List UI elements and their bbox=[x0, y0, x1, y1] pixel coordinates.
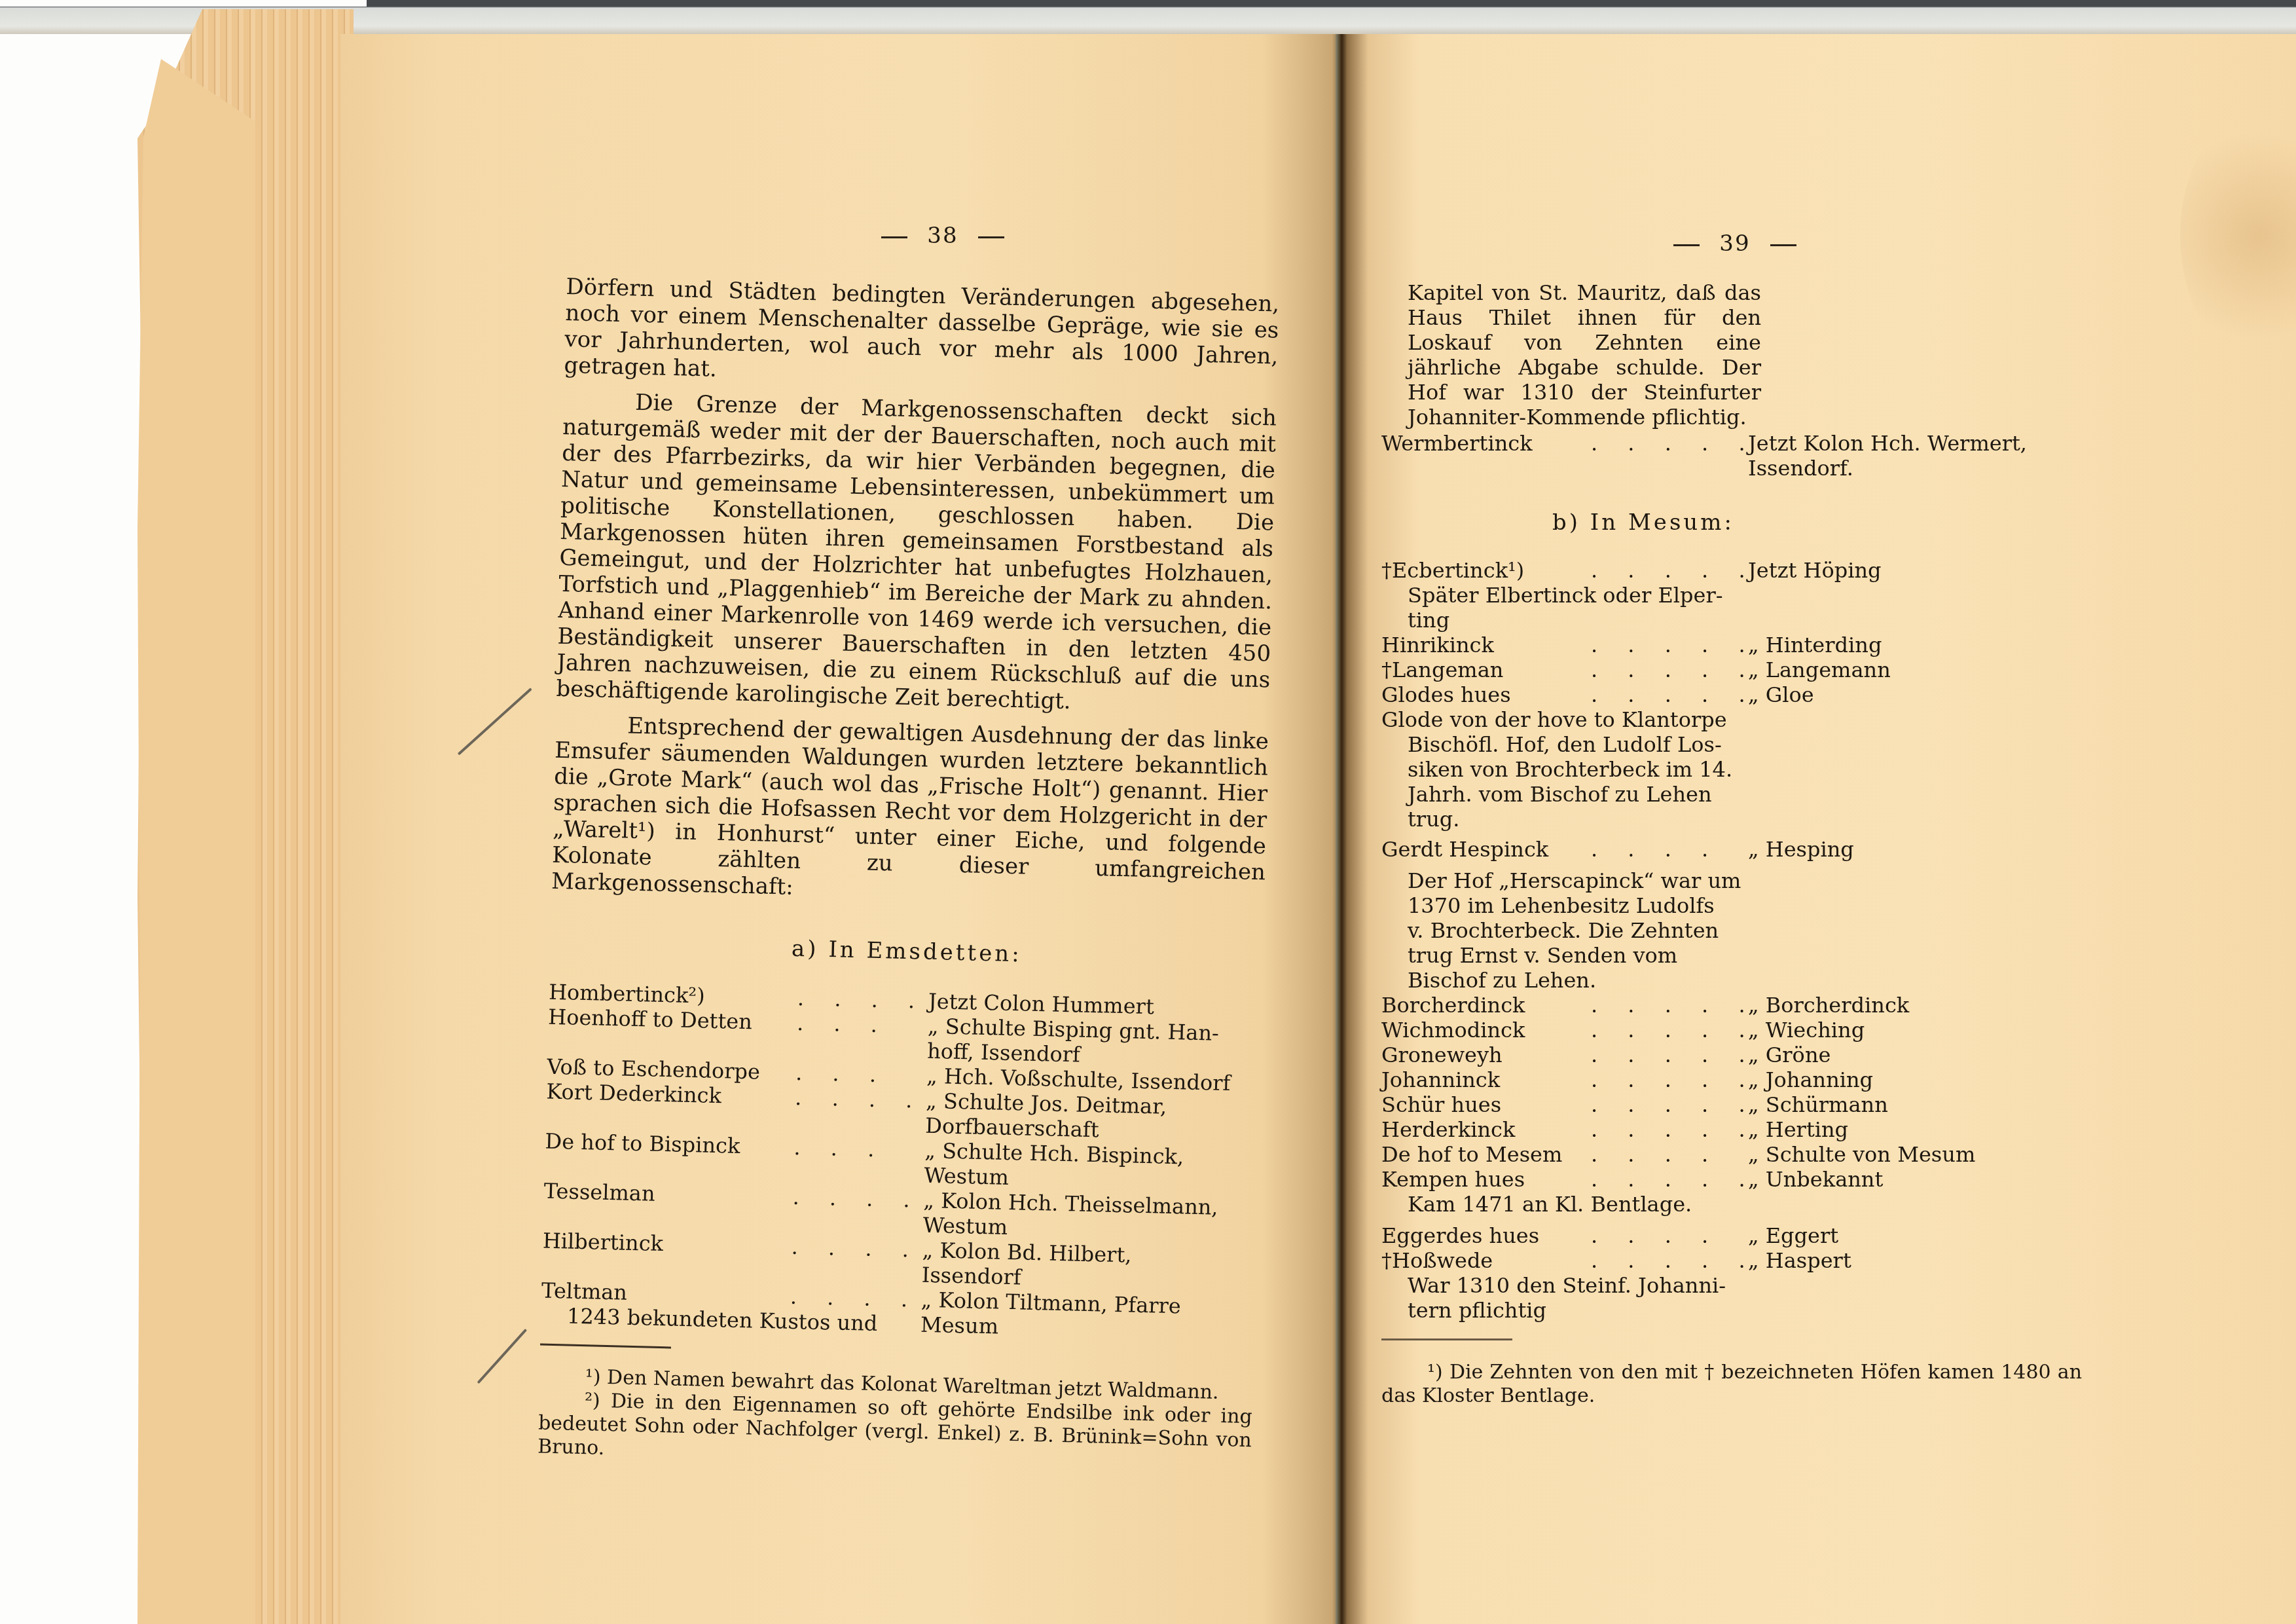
section-heading-emsdetten: a) In Emsdetten: bbox=[550, 930, 1264, 974]
list-item: Glode von der hove to Klantorpe bbox=[1381, 707, 2115, 732]
left-footnotes: ¹) Den Namen bewahrt das Kolonat Wareltm… bbox=[538, 1365, 1253, 1477]
entry-note: Bischöfl. Hof, den Ludolf Los- siken von… bbox=[1381, 732, 2115, 832]
list-item: Wichmodinck. . . . .„ Wieching bbox=[1381, 1018, 2115, 1043]
footnote-rule bbox=[540, 1344, 671, 1349]
current-owner: „ Hesping bbox=[1748, 837, 2115, 862]
right-body-text: Kapitel von St. Mauritz, daß das Haus Th… bbox=[1381, 280, 2115, 1408]
leader-dots: . . . . . bbox=[1591, 1248, 1748, 1273]
leader-dots: . . . . bbox=[795, 1085, 926, 1113]
folio-text: 39 bbox=[1719, 231, 1750, 257]
current-owner: „ Gröne bbox=[1748, 1043, 2115, 1067]
leader-dots: . . . . . bbox=[792, 1185, 924, 1213]
current-owner: „ Borcherdinck bbox=[1748, 993, 2115, 1018]
folio-text: 38 bbox=[927, 223, 958, 249]
page-number-right: 39 bbox=[1650, 231, 1820, 257]
farm-name: †Hoßwede bbox=[1381, 1248, 1591, 1273]
leader-dots: . . . . . bbox=[1591, 1018, 1748, 1043]
list-item: Herderkinck. . . . .„ Herting bbox=[1381, 1117, 2115, 1142]
farm-name: Glodes hues bbox=[1381, 682, 1591, 707]
leader-dots: . . . . bbox=[1591, 1142, 1748, 1167]
entry-note: War 1310 den Steinf. Johanni- tern pflic… bbox=[1381, 1273, 2115, 1323]
right-footnotes: ¹) Die Zehnten von den mit † bezeichnete… bbox=[1381, 1361, 2082, 1408]
farm-name: De hof to Mesem bbox=[1381, 1142, 1591, 1167]
farm-name: †Langeman bbox=[1381, 657, 1591, 682]
current-owner: „ Eggert bbox=[1748, 1223, 2115, 1248]
entry-note: Später Elbertinck oder Elper- ting bbox=[1381, 583, 2115, 633]
current-owner: „ Schulte Hch. Bispinck, Westum bbox=[924, 1138, 1259, 1196]
footnote-rule bbox=[1381, 1338, 1512, 1340]
page-number-left: 38 bbox=[858, 223, 1028, 249]
current-owner: „ Herting bbox=[1748, 1117, 2115, 1142]
leader-dots: . . . . . bbox=[1591, 993, 1748, 1018]
current-owner: Jetzt Kolon Hch. Wermert, Issendorf. bbox=[1748, 431, 2115, 481]
torn-page-edge bbox=[137, 59, 255, 1624]
farm-name: Hoenhoff to Detten bbox=[548, 1005, 797, 1035]
current-owner: „ Wieching bbox=[1748, 1018, 2115, 1043]
leader-dots: . . . . bbox=[1591, 1223, 1748, 1248]
farm-name: Kort Dederkinck bbox=[546, 1079, 795, 1110]
current-owner: Jetzt Höping bbox=[1748, 558, 2115, 583]
current-owner: „ Johanning bbox=[1748, 1067, 2115, 1092]
current-owner: „ Haspert bbox=[1748, 1248, 2115, 1273]
entry-note: Kam 1471 an Kl. Bentlage. bbox=[1381, 1192, 2115, 1217]
farm-name: Herderkinck bbox=[1381, 1117, 1591, 1142]
current-owner: „ Unbekannt bbox=[1748, 1167, 2115, 1192]
leader-dots: . . . . . bbox=[1591, 558, 1748, 583]
farm-name: Wichmodinck bbox=[1381, 1018, 1591, 1043]
list-item: †Hoßwede. . . . .„ Haspert bbox=[1381, 1248, 2115, 1273]
wermbertinck-entry: Wermbertinck. . . . .Jetzt Kolon Hch. We… bbox=[1381, 431, 2115, 481]
leader-dots: . . . . . bbox=[1591, 1117, 1748, 1142]
farm-name: Hinrikinck bbox=[1381, 633, 1591, 657]
list-item: Borcherdinck. . . . .„ Borcherdinck bbox=[1381, 993, 2115, 1018]
farm-name: Groneweyh bbox=[1381, 1043, 1591, 1067]
section-heading-mesum: b) In Mesum: bbox=[1381, 509, 1905, 536]
list-item: Gerdt Hespinck. . . .„ Hesping bbox=[1381, 837, 2115, 862]
list-item: Eggerdes hues. . . .„ Eggert bbox=[1381, 1223, 2115, 1248]
leader-dots: . . . . . bbox=[1591, 1167, 1748, 1192]
list-item: †Langeman. . . . .„ Langemann bbox=[1381, 657, 2115, 682]
farm-name: Kempen hues bbox=[1381, 1167, 1591, 1192]
farm-name: Wermbertinck bbox=[1381, 431, 1591, 456]
current-owner: „ Kolon Bd. Hilbert, Issendorf bbox=[921, 1238, 1256, 1295]
farm-name: Glode von der hove to Klantorpe bbox=[1381, 707, 1727, 732]
list-item: Wermbertinck. . . . .Jetzt Kolon Hch. We… bbox=[1381, 431, 2115, 481]
leader-dots: . . . . . bbox=[791, 1234, 922, 1263]
farm-name: Hilbertinck bbox=[542, 1228, 792, 1259]
farm-name: Gerdt Hespinck bbox=[1381, 837, 1591, 862]
leader-dots: . . . . . . bbox=[1591, 633, 1748, 657]
leader-dots: . . . bbox=[793, 1135, 925, 1163]
leader-dots: . . . . . bbox=[1591, 657, 1748, 682]
current-owner: „ Schulte von Mesum bbox=[1748, 1142, 2115, 1167]
current-owner: „ Hinterding bbox=[1748, 633, 2115, 657]
current-owner: „ Schulte Jos. Deitmar, Dorfbauerschaft bbox=[925, 1088, 1260, 1146]
list-item: Hinrikinck. . . . . .„ Hinterding bbox=[1381, 633, 2115, 657]
list-item: Schür hues. . . . .„ Schürmann bbox=[1381, 1092, 2115, 1117]
list-item: Groneweyh. . . . .„ Gröne bbox=[1381, 1043, 2115, 1067]
farm-name: Johanninck bbox=[1381, 1067, 1591, 1092]
leader-dots: . . . . . bbox=[797, 986, 929, 1014]
current-owner: „ Gloe bbox=[1748, 682, 2115, 707]
left-body-text: Dörfern und Städten bedingten Veränderun… bbox=[538, 274, 1280, 1476]
current-owner: „ Kolon Hch. Theisselmann, Westum bbox=[922, 1188, 1258, 1246]
leader-dots: . . . bbox=[797, 1010, 928, 1039]
list-item: Glodes hues. . . . .„ Gloe bbox=[1381, 682, 2115, 707]
current-owner: „ Kolon Tiltmann, Pfarre Mesum bbox=[920, 1287, 1255, 1345]
paragraph: Die Grenze der Markgenossenschaften deck… bbox=[556, 388, 1277, 719]
farm-name: Eggerdes hues bbox=[1381, 1223, 1591, 1248]
leader-dots: . . . . . bbox=[1591, 1067, 1748, 1092]
footnote: ¹) Die Zehnten von den mit † bezeichnete… bbox=[1381, 1361, 2082, 1408]
continuation-paragraph: Kapitel von St. Mauritz, daß das Haus Th… bbox=[1408, 280, 1761, 430]
leader-dots: . . . . . bbox=[1591, 682, 1748, 707]
paragraph: Entsprechend der gewaltigen Ausdehnung d… bbox=[551, 711, 1269, 912]
leader-dots: . . . bbox=[795, 1060, 927, 1088]
list-item: Kempen hues. . . . .„ Unbekannt bbox=[1381, 1167, 2115, 1192]
leader-dots: . . . . . bbox=[1591, 431, 1748, 456]
leader-dots: . . . . bbox=[1591, 837, 1748, 862]
current-owner: „ Langemann bbox=[1748, 657, 2115, 682]
list-item: †Ecbertinck¹). . . . .Jetzt Höping bbox=[1381, 558, 2115, 583]
paragraph: Dörfern und Städten bedingten Veränderun… bbox=[564, 274, 1280, 396]
leader-dots: . . . . . . bbox=[790, 1284, 921, 1312]
leader-dots: . . . . . bbox=[1591, 1092, 1748, 1117]
mesum-colonate-list: †Ecbertinck¹). . . . .Jetzt Höping Späte… bbox=[1381, 558, 2115, 1323]
farm-name: De hof to Bispinck bbox=[545, 1129, 794, 1160]
entry-note: Der Hof „Herscapinck“ war um 1370 im Leh… bbox=[1381, 868, 2115, 993]
farm-name: Schür hues bbox=[1381, 1092, 1591, 1117]
farm-name: Borcherdinck bbox=[1381, 993, 1591, 1018]
current-owner: „ Schulte Bisping gnt. Han- hoff, Issend… bbox=[927, 1014, 1262, 1071]
list-item: De hof to Mesem. . . .„ Schulte von Mesu… bbox=[1381, 1142, 2115, 1167]
emsdetten-colonate-list: Hombertinck²). . . . .Jetzt Colon Hummer… bbox=[541, 980, 1263, 1345]
list-item: Johanninck. . . . .„ Johanning bbox=[1381, 1067, 2115, 1092]
farm-name: Tesselman bbox=[543, 1179, 793, 1209]
farm-name: †Ecbertinck¹) bbox=[1381, 558, 1591, 583]
leader-dots: . . . . . bbox=[1591, 1043, 1748, 1067]
current-owner: „ Schürmann bbox=[1748, 1092, 2115, 1117]
